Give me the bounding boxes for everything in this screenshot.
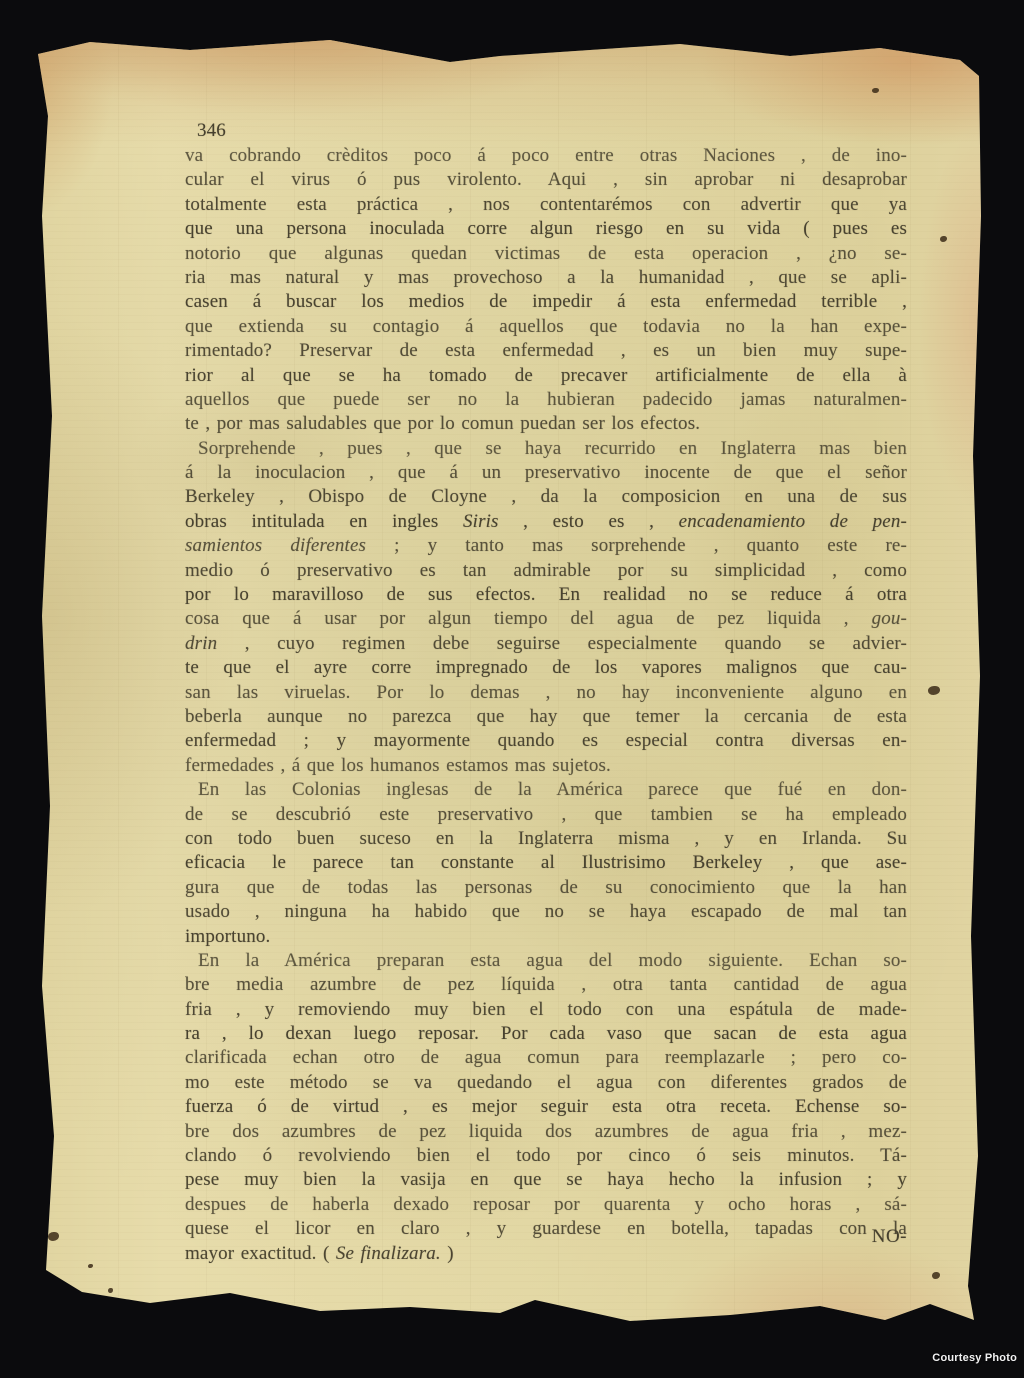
ink-speck — [88, 1264, 93, 1268]
text-line: notorio que algunas quedan victimas de e… — [185, 242, 907, 266]
text-line: fria , y removiendo muy bien el todo con… — [185, 998, 907, 1022]
text-line: totalmente esta práctica , nos contentar… — [185, 193, 907, 217]
text-line: Berkeley , Obispo de Cloyne , da la comp… — [185, 485, 907, 509]
photo-background: 346 va cobrando crèditos poco á poco ent… — [0, 0, 1024, 1378]
text-line: con todo buen suceso en la Inglaterra mi… — [185, 827, 907, 851]
ink-speck — [928, 686, 940, 695]
paragraph: En las Colonias inglesas de la América p… — [185, 778, 907, 949]
text-line: bre media azumbre de pez líquida , otra … — [185, 973, 907, 997]
text-line: eficacia le parece tan constante al Ilus… — [185, 851, 907, 875]
text-line: mo este método se va quedando el agua co… — [185, 1071, 907, 1095]
text-line: rior al que se ha tomado de precaver art… — [185, 364, 907, 388]
photo-credit-label: Courtesy Photo — [928, 1350, 1021, 1366]
text-line: gura que de todas las personas de su con… — [185, 876, 907, 900]
text-line: aquellos que puede ser no la hubieran pa… — [185, 388, 907, 412]
text-line: á la inoculacion , que á un preservativo… — [185, 461, 907, 485]
text-line: bre dos azumbres de pez liquida dos azum… — [185, 1120, 907, 1144]
ink-speck — [56, 1346, 61, 1350]
text-line: obras intitulada en ingles Siris , esto … — [185, 510, 907, 534]
text-line: san las viruelas. Por lo demas , no hay … — [185, 681, 907, 705]
text-line: mayor exactitud. ( Se finalizara. ) — [185, 1242, 907, 1266]
text-line: por lo maravilloso de sus efectos. En re… — [185, 583, 907, 607]
text-line: ra , lo dexan luego reposar. Por cada va… — [185, 1022, 907, 1046]
text-line: enfermedad ; y mayormente quando es espe… — [185, 729, 907, 753]
book-page: 346 va cobrando crèditos poco á poco ent… — [30, 36, 986, 1324]
page-text: 346 va cobrando crèditos poco á poco ent… — [185, 118, 907, 1266]
paragraph: Sorprehende , pues , que se haya recurri… — [185, 437, 907, 778]
text-line: fuerza ó de virtud , es mejor seguir est… — [185, 1095, 907, 1119]
text-line: beberla aunque no parezca que hay que te… — [185, 705, 907, 729]
text-line: Sorprehende , pues , que se haya recurri… — [185, 437, 907, 461]
text-line: fermedades , á que los humanos estamos m… — [185, 754, 907, 778]
text-line: que extienda su contagio á aquellos que … — [185, 315, 907, 339]
text-line: te que el ayre corre impregnado de los v… — [185, 656, 907, 680]
ink-speck — [932, 1272, 940, 1279]
body-paragraphs: va cobrando crèditos poco á poco entre o… — [185, 144, 907, 1266]
ink-speck — [940, 236, 947, 242]
ink-speck — [872, 88, 879, 93]
text-line: de se descubrió este preservativo , que … — [185, 803, 907, 827]
text-line: importuno. — [185, 925, 907, 949]
text-line: usado , ninguna ha habido que no se haya… — [185, 900, 907, 924]
text-line: casen á buscar los medios de impedir á e… — [185, 290, 907, 314]
catchword: NO- — [872, 1226, 907, 1248]
text-line: En las Colonias inglesas de la América p… — [185, 778, 907, 802]
ink-speck — [108, 1288, 113, 1293]
text-line: samientos diferentes ; y tanto mas sorpr… — [185, 534, 907, 558]
text-line: quese el licor en claro , y guardese en … — [185, 1217, 907, 1241]
paragraph: va cobrando crèditos poco á poco entre o… — [185, 144, 907, 437]
text-line: que una persona inoculada corre algun ri… — [185, 217, 907, 241]
text-line: rimentado? Preservar de esta enfermedad … — [185, 339, 907, 363]
text-line: drin , cuyo regimen debe seguirse especi… — [185, 632, 907, 656]
text-line: clarificada echan otro de agua comun par… — [185, 1046, 907, 1070]
text-line: despues de haberla dexado reposar por qu… — [185, 1193, 907, 1217]
paragraph: En la América preparan esta agua del mod… — [185, 949, 907, 1266]
text-line: clando ó revolviendo bien el todo por ci… — [185, 1144, 907, 1168]
text-line: cular el virus ó pus virolento. Aqui , s… — [185, 168, 907, 192]
page-number: 346 — [185, 118, 907, 144]
text-line: va cobrando crèditos poco á poco entre o… — [185, 144, 907, 168]
text-line: pese muy bien la vasija en que se haya h… — [185, 1168, 907, 1192]
text-line: ria mas natural y mas provechoso a la hu… — [185, 266, 907, 290]
text-line: cosa que á usar por algun tiempo del agu… — [185, 607, 907, 631]
text-line: medio ó preservativo es tan admirable po… — [185, 559, 907, 583]
text-line: En la América preparan esta agua del mod… — [185, 949, 907, 973]
ink-speck — [48, 1232, 59, 1241]
text-line: te , por mas saludables que por lo comun… — [185, 412, 907, 436]
